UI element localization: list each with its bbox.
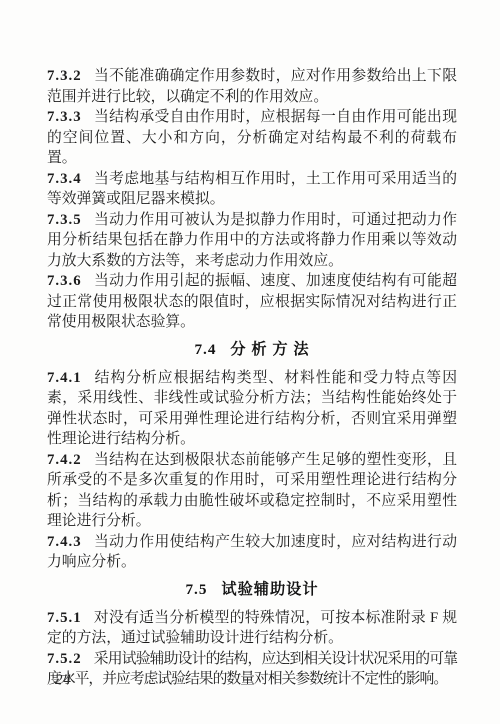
clause-text: 当不能准确确定作用参数时，应对作用参数给出上下限范围并进行比较，以确定不利的作用… [47, 68, 457, 105]
clause-text: 当结构在达到极限状态前能够产生足够的塑性变形，且所承受的不是多次重复的作用时，可… [47, 452, 457, 530]
clause-7-4-2: 7.4.2当结构在达到极限状态前能够产生足够的塑性变形，且所承受的不是多次重复的… [47, 450, 457, 532]
clause-text: 当结构承受自由作用时，应根据每一自由作用可能出现的空间位置、大小和方向，分析确定… [47, 109, 457, 166]
clause-7-3-4: 7.3.4当考虑地基与结构相互作用时，土工作用可采用适当的等效弹簧或阻尼器来模拟… [47, 169, 457, 210]
clause-number: 7.4.1 [47, 370, 82, 386]
section-heading-7-5: 7.5试验辅助设计 [47, 579, 457, 601]
clause-number: 7.4.2 [47, 452, 82, 468]
clause-number: 7.3.2 [47, 68, 82, 84]
clause-text: 当动力作用使结构产生较大加速度时，应对结构进行动力响应分析。 [47, 534, 457, 571]
clause-7-4-1: 7.4.1结构分析应根据结构类型、材料性能和受力特点等因素，采用线性、非线性或试… [47, 368, 457, 450]
clause-7-5-1: 7.5.1对没有适当分析模型的特殊情况，可按本标准附录 F 规定的方法，通过试验… [47, 608, 457, 649]
clause-text: 当动力作用引起的振幅、速度、加速度使结构有可能超过正常使用极限状态的限值时，应根… [47, 273, 457, 330]
clause-7-3-6: 7.3.6当动力作用引起的振幅、速度、加速度使结构有可能超过正常使用极限状态的限… [47, 271, 457, 333]
clause-text: 当考虑地基与结构相互作用时，土工作用可采用适当的等效弹簧或阻尼器来模拟。 [47, 171, 457, 208]
clause-7-4-3: 7.4.3当动力作用使结构产生较大加速度时，应对结构进行动力响应分析。 [47, 532, 457, 573]
clause-number: 7.3.5 [47, 212, 82, 228]
clause-number: 7.3.6 [47, 273, 82, 289]
clause-text: 对没有适当分析模型的特殊情况，可按本标准附录 F 规定的方法，通过试验辅助设计进… [47, 610, 457, 647]
section-title: 分 析 方 法 [230, 341, 309, 358]
section-title: 试验辅助设计 [221, 581, 318, 598]
clause-7-3-2: 7.3.2当不能准确确定作用参数时，应对作用参数给出上下限范围并进行比较，以确定… [47, 66, 457, 107]
page-number: 24 [55, 672, 72, 689]
clause-text: 结构分析应根据结构类型、材料性能和受力特点等因素，采用线性、非线性或试验分析方法… [47, 370, 457, 448]
page-body: 7.3.2当不能准确确定作用参数时，应对作用参数给出上下限范围并进行比较，以确定… [47, 66, 457, 690]
clause-text: 采用试验辅助设计的结构，应达到相关设计状况采用的可靠度水平，并应考虑试验结果的数… [47, 651, 457, 688]
clause-7-3-3: 7.3.3当结构承受自由作用时，应根据每一自由作用可能出现的空间位置、大小和方向… [47, 107, 457, 169]
clause-number: 7.3.4 [47, 171, 82, 187]
clause-number: 7.5.2 [47, 651, 82, 667]
section-heading-7-4: 7.4分 析 方 法 [47, 339, 457, 361]
clause-text: 当动力作用可被认为是拟静力作用时，可通过把动力作用分析结果包括在静力作用中的方法… [47, 212, 457, 269]
clause-number: 7.5.1 [47, 610, 82, 626]
document-page: 7.3.2当不能准确确定作用参数时，应对作用参数给出上下限范围并进行比较，以确定… [0, 0, 500, 724]
section-number: 7.4 [194, 341, 216, 358]
clause-number: 7.3.3 [47, 109, 82, 125]
section-number: 7.5 [185, 581, 207, 598]
clause-7-5-2: 7.5.2采用试验辅助设计的结构，应达到相关设计状况采用的可靠度水平，并应考虑试… [47, 649, 457, 690]
clause-7-3-5: 7.3.5当动力作用可被认为是拟静力作用时，可通过把动力作用分析结果包括在静力作… [47, 210, 457, 272]
clause-number: 7.4.3 [47, 534, 82, 550]
